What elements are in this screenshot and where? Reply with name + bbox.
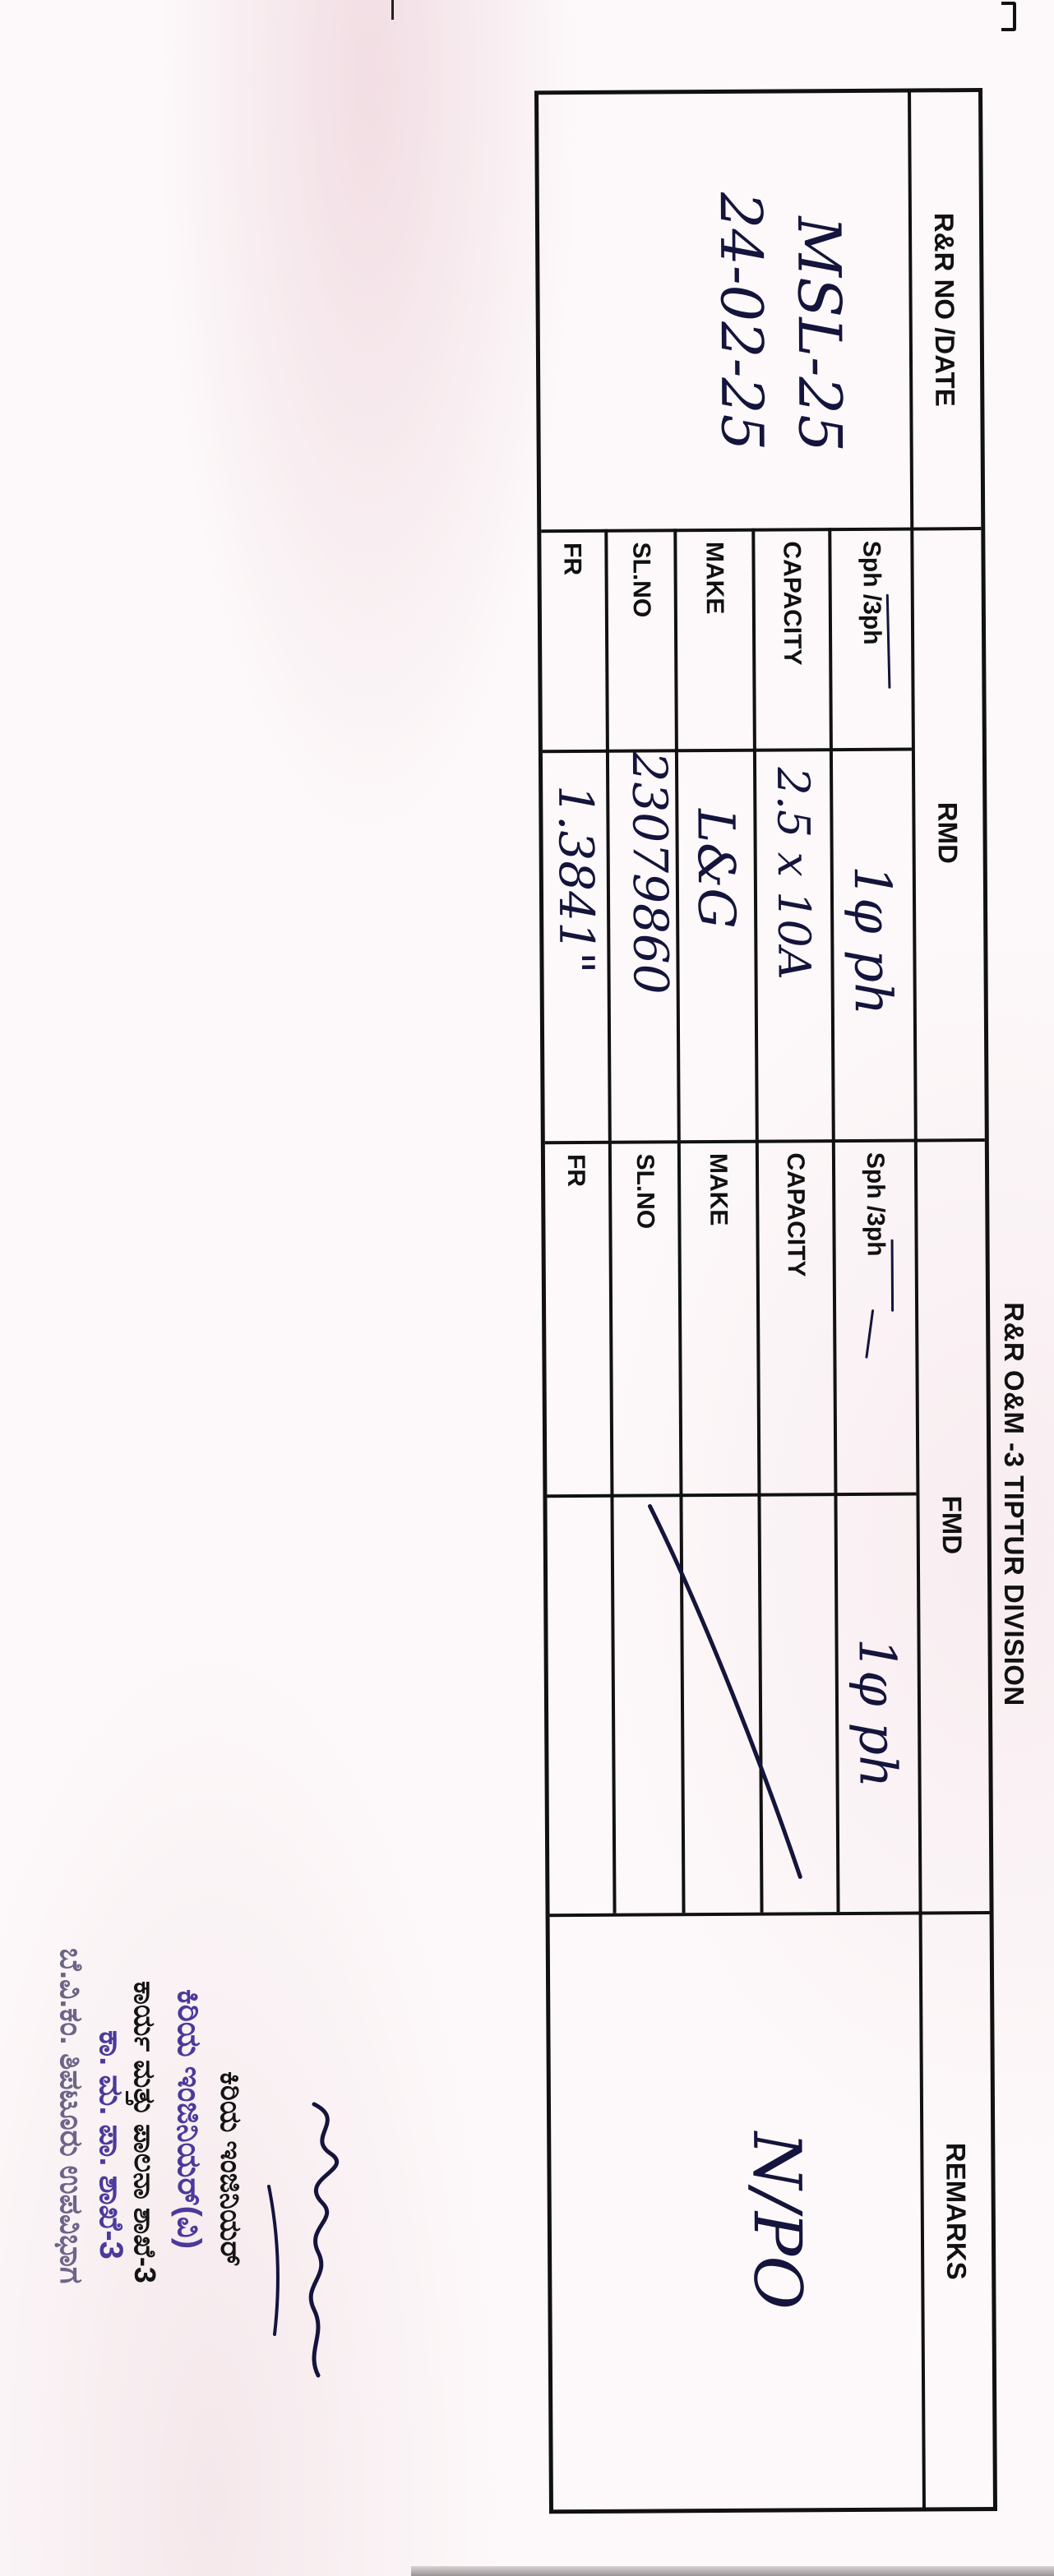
- fmd-label-capacity: CAPACITY: [759, 1139, 834, 1493]
- header-remarks: REMARKS: [919, 1911, 993, 2512]
- stamp-line-4: ಕಾ. ಮ. ಪಾ. ಶಾಖೆ-3: [92, 2030, 129, 2260]
- stamp-line-5: ಬೆ.ವಿ.ಕಂ. ತಿಪಟೂರು ಉಪವಿಭಾಗ: [53, 1948, 88, 2283]
- fmd-phase-value: 1φ ph: [839, 1638, 918, 1789]
- fmd-crossed-out-mark: [633, 1490, 833, 1918]
- rmd-fr-value: 1.3841": [539, 785, 613, 974]
- fmd-label-slno: SL.NO: [612, 1140, 680, 1493]
- header-fmd: FMD: [914, 1138, 990, 1912]
- rmd-make-value: L&G: [678, 809, 754, 929]
- header-rmd: RMD: [910, 527, 985, 1139]
- header-rr-no-date: R&R NO /DATE: [908, 92, 981, 528]
- rmd-phase-value: 1φ ph: [834, 866, 913, 1016]
- official-stamp: ಕಿರಿಯ ಇಂಜಿನಿಯರ್ ಕಿರಿಯ ಇಂಜಿನಿಯರ್(ವಿ) ಕಾರ್…: [35, 1915, 363, 2573]
- rr-date: 24-02-25: [704, 192, 779, 451]
- rmd-label-capacity: CAPACITY: [755, 528, 830, 749]
- document-title: R&R O&M -3 TIPTUR DIVISION: [996, 1069, 1029, 1940]
- remarks-value: N/PO: [728, 2131, 827, 2310]
- rmd-label-fr: FR: [539, 529, 606, 750]
- pen-mark: [891, 1240, 895, 1312]
- stamp-line-3: ಕಾರ್ಯ ಮತ್ತು ಪಾಲನಾ ಶಾಖೆ-3: [127, 1981, 162, 2283]
- stamp-line-2: ಕಿರಿಯ ಇಂಜಿನಿಯರ್(ವಿ): [170, 1989, 207, 2249]
- rmd-label-make: MAKE: [677, 529, 753, 750]
- fmd-label-make: MAKE: [681, 1140, 758, 1494]
- rmd-label-phase: Sph /3ph: [831, 528, 912, 749]
- rmd-label-slno: SL.NO: [608, 529, 675, 749]
- fmd-label-fr: FR: [543, 1141, 611, 1494]
- stamp-line-1: ಕಿರಿಯ ಇಂಜಿನಿಯರ್: [213, 2071, 248, 2266]
- rotated-document: R&R O&M -3 TIPTUR DIVISION R&R NO /DATE …: [0, 0, 1054, 2576]
- rr-number: MSL-25: [782, 216, 858, 452]
- meter-replacement-table: R&R NO /DATE RMD FMD REMARKS Sph /3ph CA…: [534, 88, 997, 2514]
- rmd-capacity-value: 2.5 x 10A: [756, 767, 831, 980]
- fmd-label-phase: Sph /3ph: [835, 1139, 917, 1493]
- rmd-slno-value: 23079860: [613, 751, 688, 995]
